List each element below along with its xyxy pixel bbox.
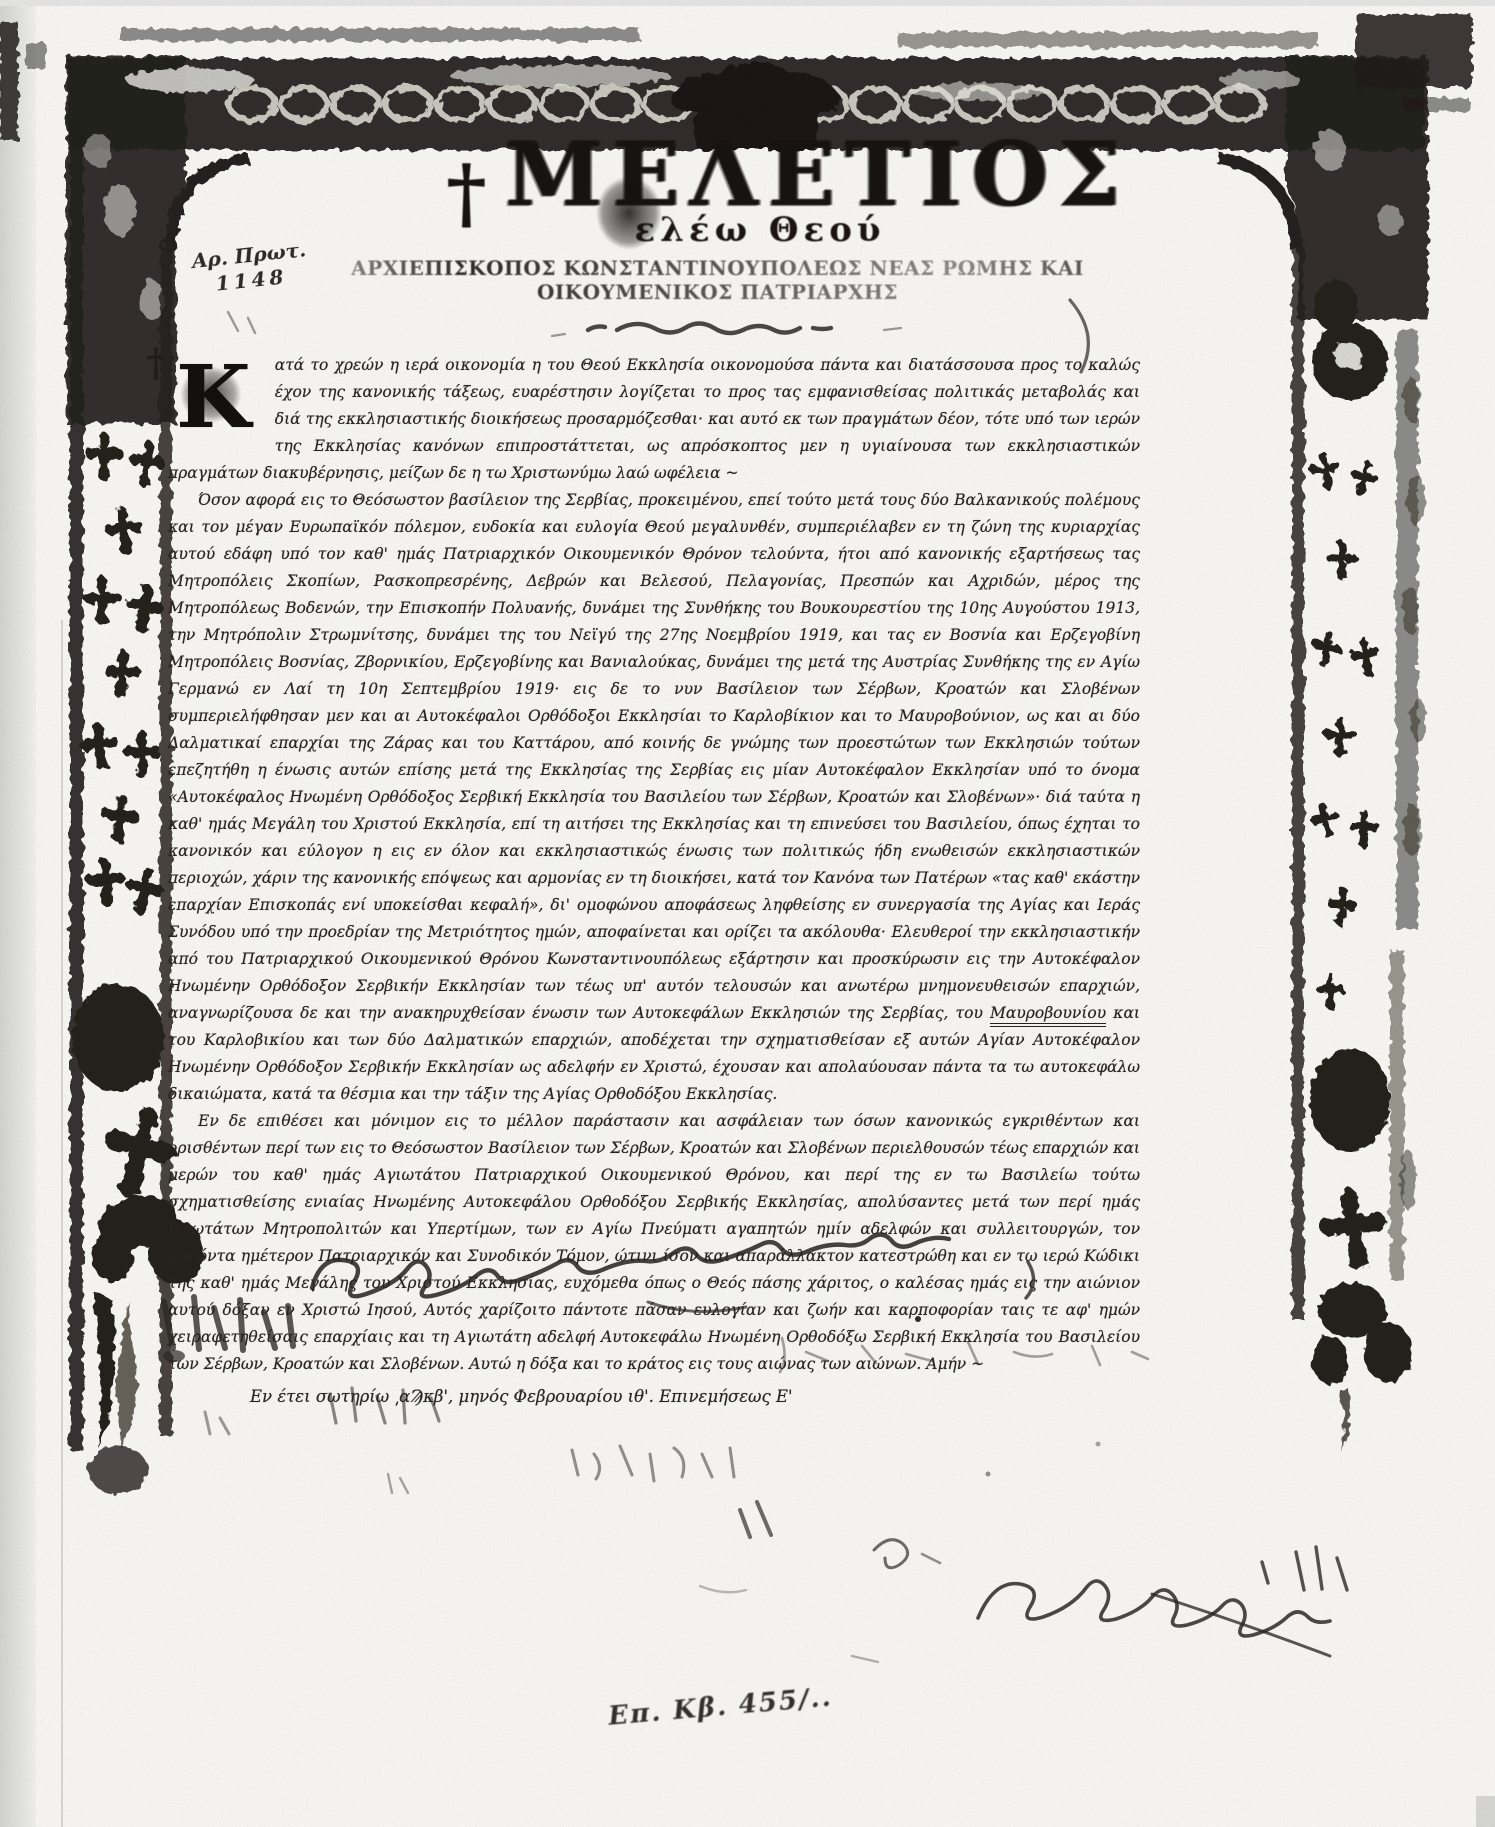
scanned-tomos-document: Εν δε επιθέσει και μόνιμον εις το μέλλον… [0,0,1495,1827]
paragraph-text: ατά το χρεών η ιερά οικονομία η του Θεού… [168,356,1140,482]
by-the-mercy-of-god-line: ελέω Θεού [430,210,1090,250]
tomos-body-text: Κατά το χρεών η ιερά οικονομία η του Θεο… [168,352,1140,1410]
dropcap-initial: Κ [168,355,263,437]
paragraph-main: Όσον αφορά εις το Θεόσωστον βασίλειον τη… [168,487,1140,1108]
dateline: Εν έτει σωτηρίω ͵αϠκβ', μηνός Φεβρουαρίο… [168,1383,1140,1410]
margin-cross-icon: † [146,340,166,385]
paragraph-text: Εν δε επιθέσει και μόνιμον εις το μέλλον… [168,1112,1140,1373]
paragraph-text: Όσον αφορά εις το Θεόσωστον βασίλειον τη… [168,491,1140,1022]
underlined-word: Μαυροβουνίου [990,1004,1106,1027]
paragraph-preamble: Κατά το χρεών η ιερά οικονομία η του Θεο… [168,352,1140,487]
patriarchal-style-line: ΑΡΧΙΕΠΙΣΚΟΠΟΣ ΚΩΝΣΤΑΝΤΙΝΟΥΠΟΛΕΩΣ ΝΕΑΣ ΡΩ… [290,256,1145,304]
paragraph-closing: Εν δε επιθέσει και μόνιμον εις το μέλλον… [168,1108,1140,1378]
